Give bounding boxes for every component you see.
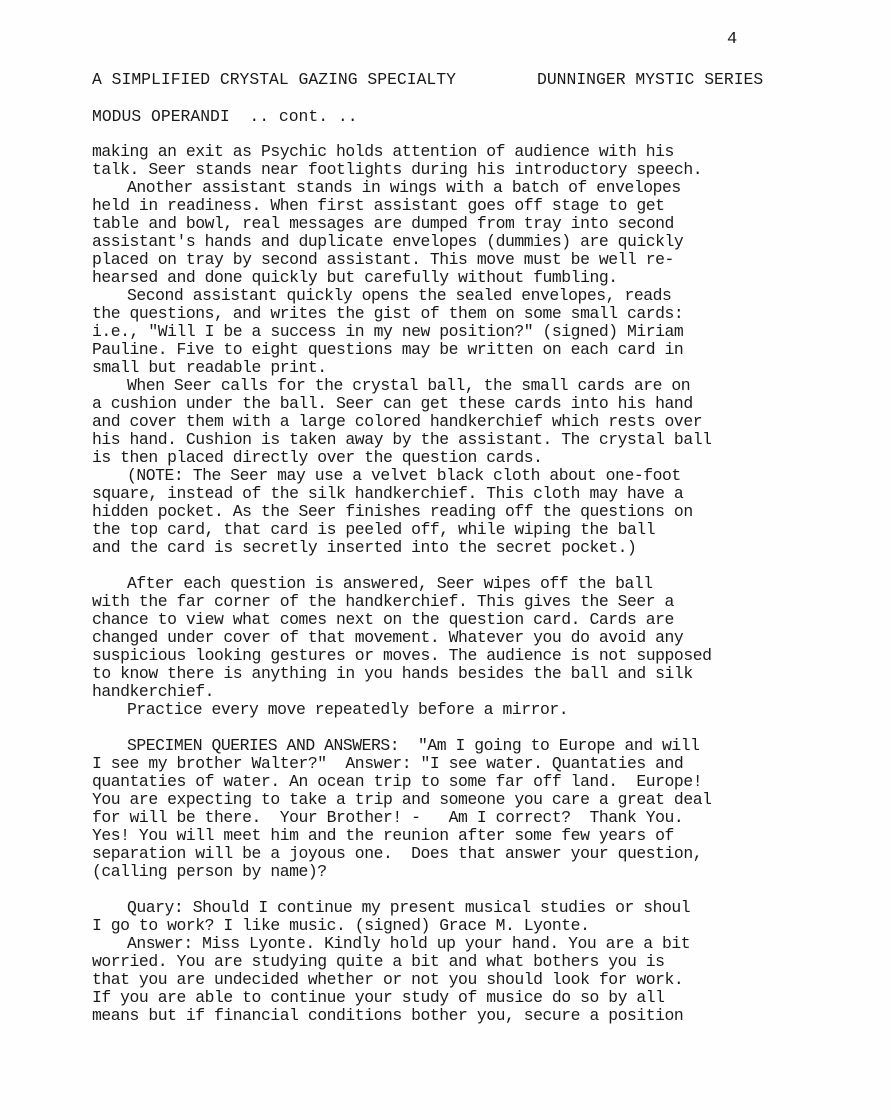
text-line: the top card, that card is peeled off, w… xyxy=(92,521,832,539)
text-line: quantaties of water. An ocean trip to so… xyxy=(92,773,832,791)
text-line: (NOTE: The Seer may use a velvet black c… xyxy=(92,467,832,485)
text-line: the questions, and writes the gist of th… xyxy=(92,305,832,323)
text-line: You are expecting to take a trip and som… xyxy=(92,791,832,809)
text-line: Second assistant quickly opens the seale… xyxy=(92,287,832,305)
text-line: (calling person by name)? xyxy=(92,863,832,881)
text-line: SPECIMEN QUERIES AND ANSWERS: "Am I goin… xyxy=(92,737,832,755)
text-line: hearsed and done quickly but carefully w… xyxy=(92,269,832,287)
text-line: square, instead of the silk handkerchief… xyxy=(92,485,832,503)
text-line: Yes! You will meet him and the reunion a… xyxy=(92,827,832,845)
text-line: separation will be a joyous one. Does th… xyxy=(92,845,832,863)
text-line: talk. Seer stands near footlights during… xyxy=(92,161,832,179)
text-line: Pauline. Five to eight questions may be … xyxy=(92,341,832,359)
text-line: changed under cover of that movement. Wh… xyxy=(92,629,832,647)
text-line: handkerchief. xyxy=(92,683,832,701)
blank-line xyxy=(92,881,832,899)
text-line: Another assistant stands in wings with a… xyxy=(92,179,832,197)
text-line: Practice every move repeatedly before a … xyxy=(92,701,832,719)
section-title: MODUS OPERANDI .. cont. .. xyxy=(92,107,358,126)
text-line: that you are undecided whether or not yo… xyxy=(92,971,832,989)
text-line: and the card is secretly inserted into t… xyxy=(92,539,832,557)
text-line: i.e., "Will I be a success in my new pos… xyxy=(92,323,832,341)
body-text: making an exit as Psychic holds attentio… xyxy=(92,143,832,1025)
running-header: A SIMPLIFIED CRYSTAL GAZING SPECIALTY DU… xyxy=(92,70,812,90)
text-line: table and bowl, real messages are dumped… xyxy=(92,215,832,233)
text-line: means but if financial conditions bother… xyxy=(92,1007,832,1025)
text-line: and cover them with a large colored hand… xyxy=(92,413,832,431)
text-line: a cushion under the ball. Seer can get t… xyxy=(92,395,832,413)
text-line: placed on tray by second assistant. This… xyxy=(92,251,832,269)
text-line: is then placed directly over the questio… xyxy=(92,449,832,467)
text-line: assistant's hands and duplicate envelope… xyxy=(92,233,832,251)
page-number: 4 xyxy=(727,30,737,49)
text-line: suspicious looking gestures or moves. Th… xyxy=(92,647,832,665)
text-line: If you are able to continue your study o… xyxy=(92,989,832,1007)
text-line: to know there is anything in you hands b… xyxy=(92,665,832,683)
text-line: making an exit as Psychic holds attentio… xyxy=(92,143,832,161)
blank-line xyxy=(92,719,832,737)
text-line: held in readiness. When first assistant … xyxy=(92,197,832,215)
series-title: DUNNINGER MYSTIC SERIES xyxy=(537,70,763,89)
text-line: for will be there. Your Brother! - Am I … xyxy=(92,809,832,827)
text-line: Quary: Should I continue my present musi… xyxy=(92,899,832,917)
text-line: chance to view what comes next on the qu… xyxy=(92,611,832,629)
text-line: with the far corner of the handkerchief.… xyxy=(92,593,832,611)
text-line: small but readable print. xyxy=(92,359,832,377)
text-line: Answer: Miss Lyonte. Kindly hold up your… xyxy=(92,935,832,953)
document-title: A SIMPLIFIED CRYSTAL GAZING SPECIALTY xyxy=(92,70,456,89)
blank-line xyxy=(92,557,832,575)
text-line: I see my brother Walter?" Answer: "I see… xyxy=(92,755,832,773)
document-page: 4 A SIMPLIFIED CRYSTAL GAZING SPECIALTY … xyxy=(0,0,891,1120)
text-line: When Seer calls for the crystal ball, th… xyxy=(92,377,832,395)
text-line: hidden pocket. As the Seer finishes read… xyxy=(92,503,832,521)
text-line: worried. You are studying quite a bit an… xyxy=(92,953,832,971)
text-line: I go to work? I like music. (signed) Gra… xyxy=(92,917,832,935)
text-line: his hand. Cushion is taken away by the a… xyxy=(92,431,832,449)
text-line: After each question is answered, Seer wi… xyxy=(92,575,832,593)
